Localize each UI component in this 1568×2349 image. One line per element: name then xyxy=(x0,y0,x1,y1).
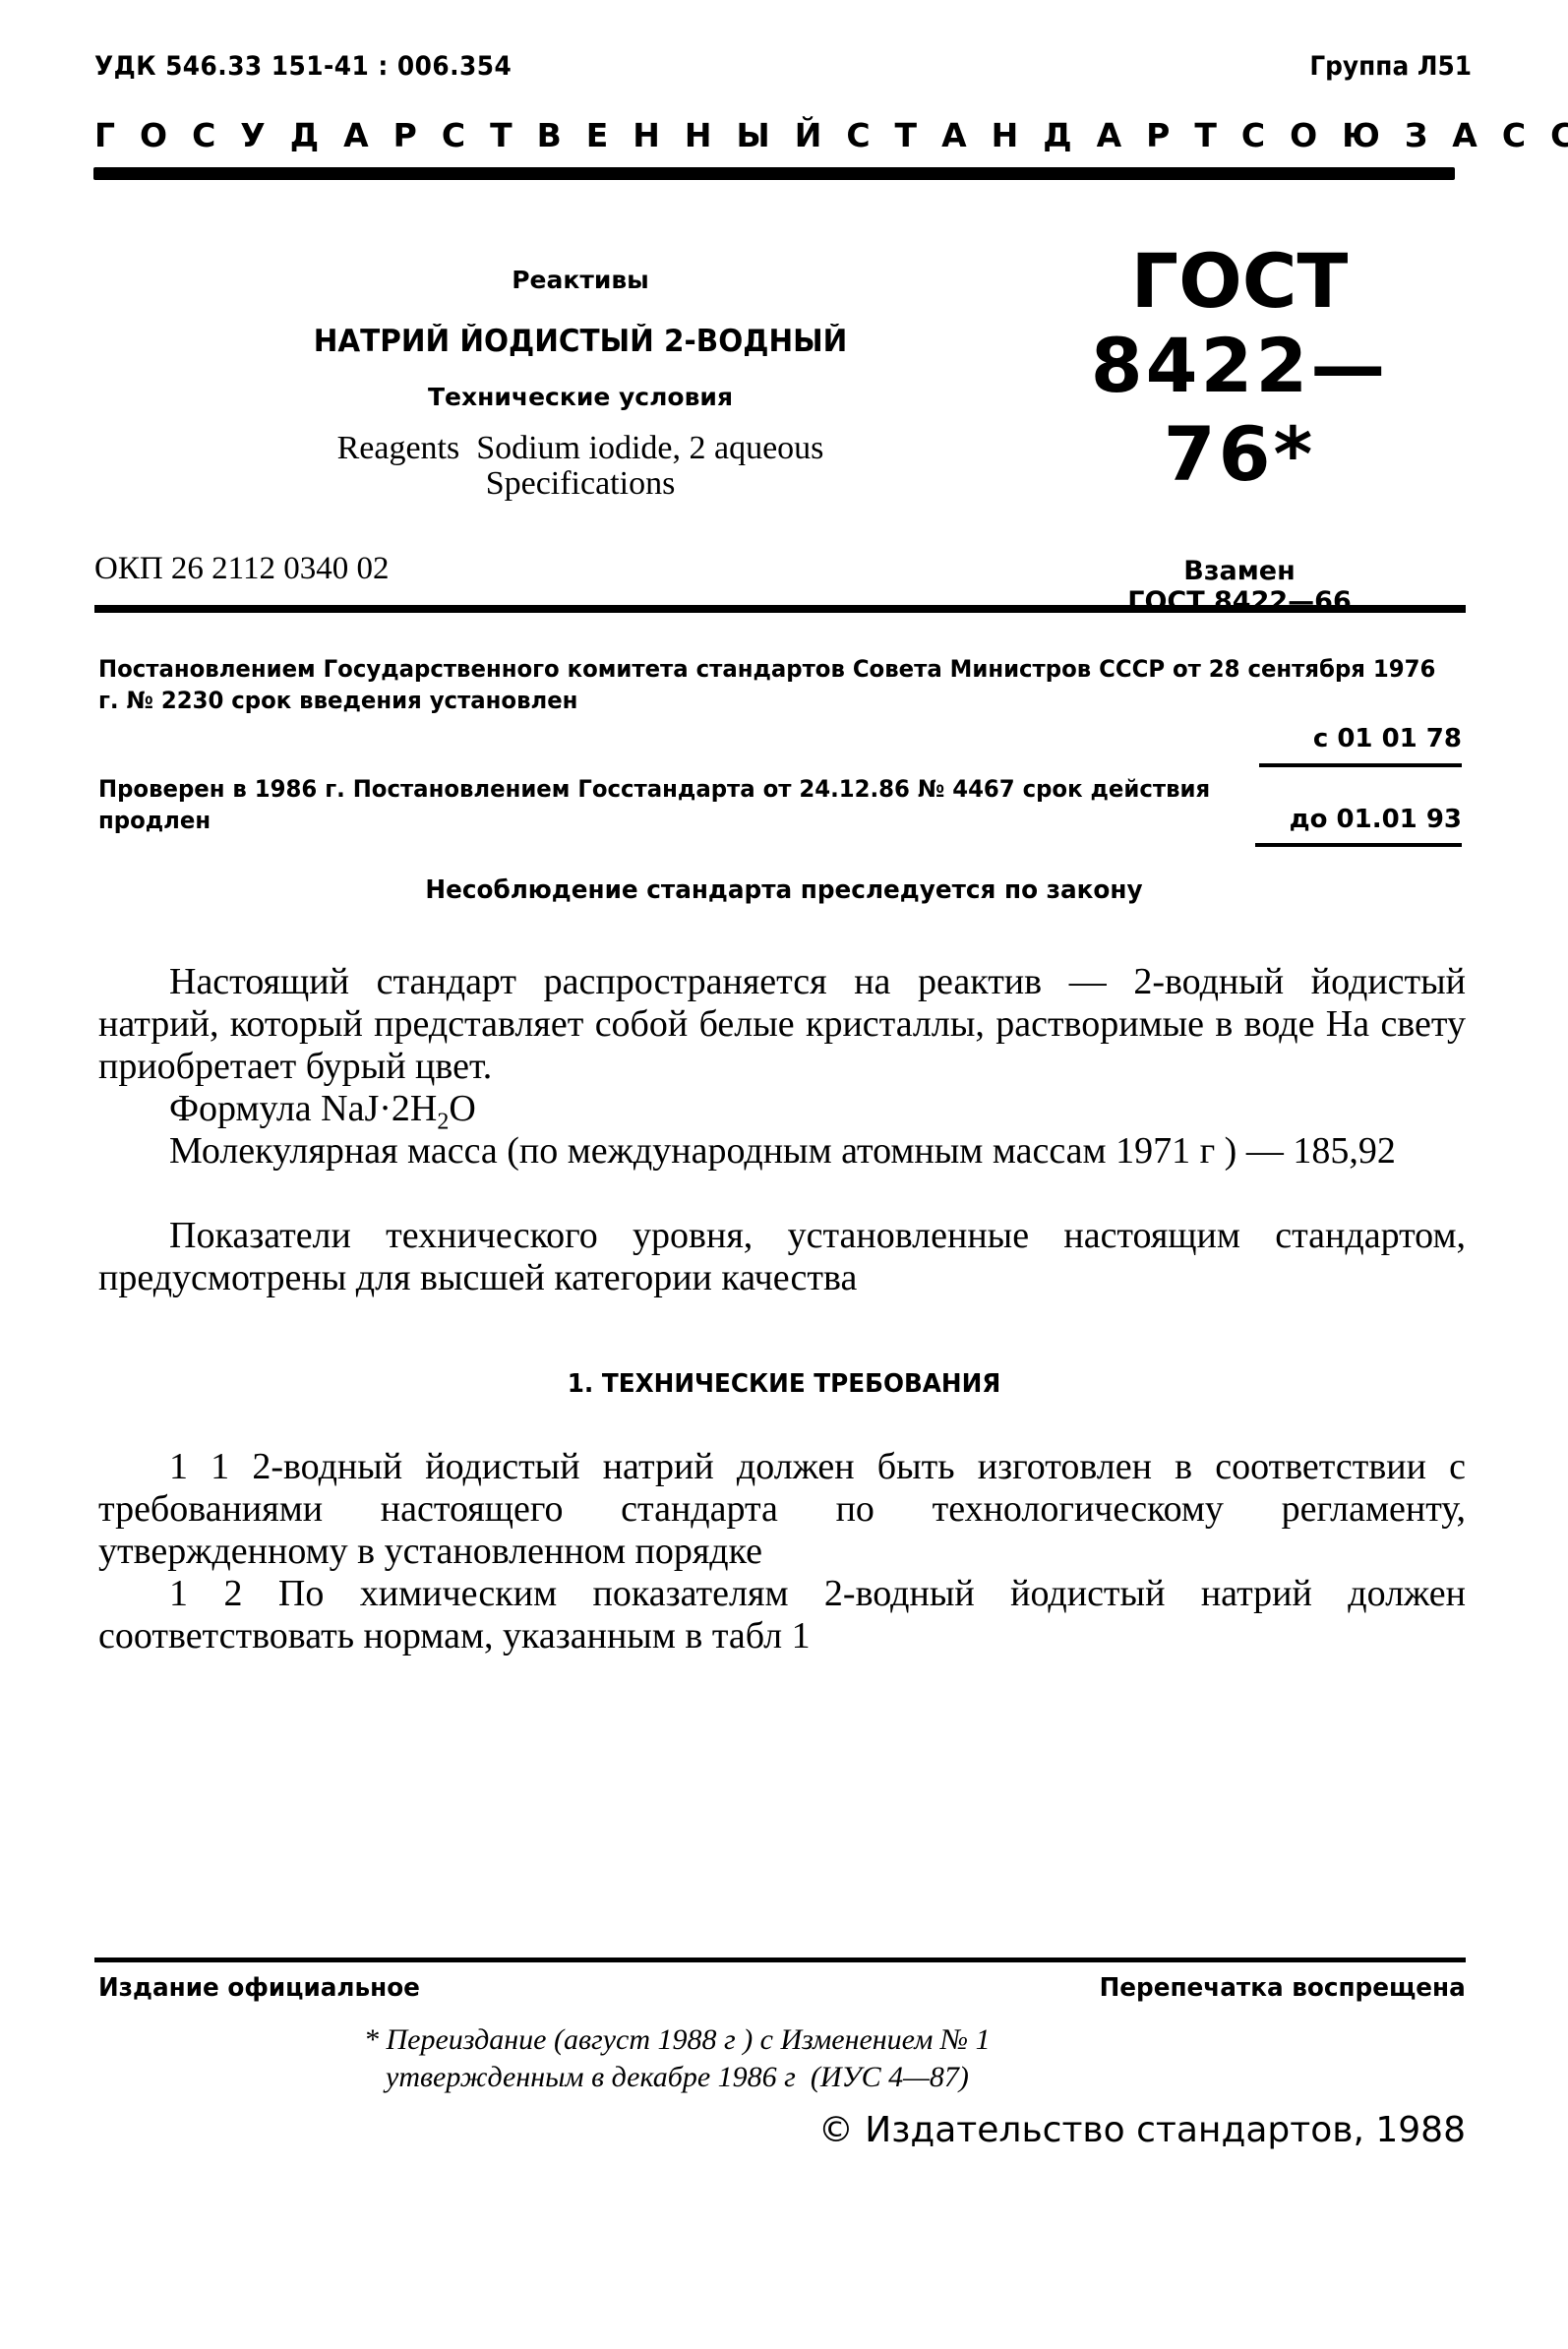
banner-word: СОЮЗА xyxy=(1241,116,1502,154)
banner-word: СТАНДАРТ xyxy=(846,116,1241,154)
reprint-prohibited-label: Перепечатка воспрещена xyxy=(1100,1973,1466,2003)
molecular-mass-paragraph: Молекулярная масса (по международным ато… xyxy=(98,1130,1466,1173)
group-code: Группа Л51 xyxy=(1309,51,1472,82)
document-subtitle: Технические условия xyxy=(226,383,935,411)
state-standard-banner: ГОСУДАРСТВЕННЫЙ СТАНДАРТ СОЮЗА ССР xyxy=(94,116,1474,154)
mid-rule-divider xyxy=(94,605,1466,613)
footnote-line1: * Переиздание (август 1988 г ) с Изменен… xyxy=(364,2021,991,2059)
top-rule-divider xyxy=(93,167,1455,180)
expiry-date-underline xyxy=(1255,843,1462,847)
legal-warning: Несоблюдение стандарта преследуется по з… xyxy=(39,875,1529,905)
banner-word: ССР xyxy=(1502,116,1568,154)
clause-1-1: 1 1 2-водный йодистый натрий должен быть… xyxy=(98,1446,1466,1573)
clause-1-2: 1 2 По химическим показателям 2-водный й… xyxy=(98,1573,1466,1657)
copyright-notice: © Издательство стандартов, 1988 xyxy=(818,2110,1466,2150)
okp-code: ОКП 26 2112 0340 02 xyxy=(94,551,389,587)
formula-text: Формула NaJ·2H xyxy=(169,1088,437,1129)
title-block: Реактивы НАТРИЙ ЙОДИСТЫЙ 2-ВОДНЫЙ Технич… xyxy=(226,266,935,502)
category-label: Реактивы xyxy=(226,266,935,294)
extension-text: Проверен в 1986 г. Постановлением Госста… xyxy=(98,773,1220,836)
english-title-line1: Reagents Sodium iodide, 2 aqueous xyxy=(226,431,935,466)
replaces-label: Взамен xyxy=(1043,556,1436,586)
footnote: * Переиздание (август 1988 г ) с Изменен… xyxy=(364,2021,991,2096)
product-name: НАТРИЙ ЙОДИСТЫЙ 2-ВОДНЫЙ xyxy=(244,324,917,359)
decree-text: Постановлением Государственного комитета… xyxy=(98,653,1454,716)
section-heading: 1. ТЕХНИЧЕСКИЕ ТРЕБОВАНИЯ xyxy=(39,1369,1529,1399)
gost-block: ГОСТ 8422—76* Взамен ГОСТ 8422—66 xyxy=(1043,241,1436,617)
bottom-rule-divider xyxy=(94,1957,1466,1962)
effective-date-underline xyxy=(1259,763,1462,767)
effective-date: с 01 01 78 xyxy=(1313,724,1462,753)
footnote-line2: утвержденным в декабре 1986 г (ИУС 4—87) xyxy=(364,2059,991,2096)
udk-code: УДК 546.33 151-41 : 006.354 xyxy=(94,51,512,82)
banner-word: ГОСУДАРСТВЕННЫЙ xyxy=(94,116,846,154)
gost-number: 8422—76* xyxy=(1043,322,1436,499)
english-title-line2: Specifications xyxy=(226,466,935,502)
gost-label: ГОСТ xyxy=(1043,241,1436,322)
technical-level-paragraph: Показатели технического уровня, установл… xyxy=(98,1215,1466,1299)
expiry-date: до 01.01 93 xyxy=(1290,805,1462,834)
intro-paragraph: Настоящий стандарт распространяется на р… xyxy=(98,961,1466,1088)
official-edition-label: Издание официальное xyxy=(98,1973,420,2003)
formula-tail: O xyxy=(449,1088,475,1129)
